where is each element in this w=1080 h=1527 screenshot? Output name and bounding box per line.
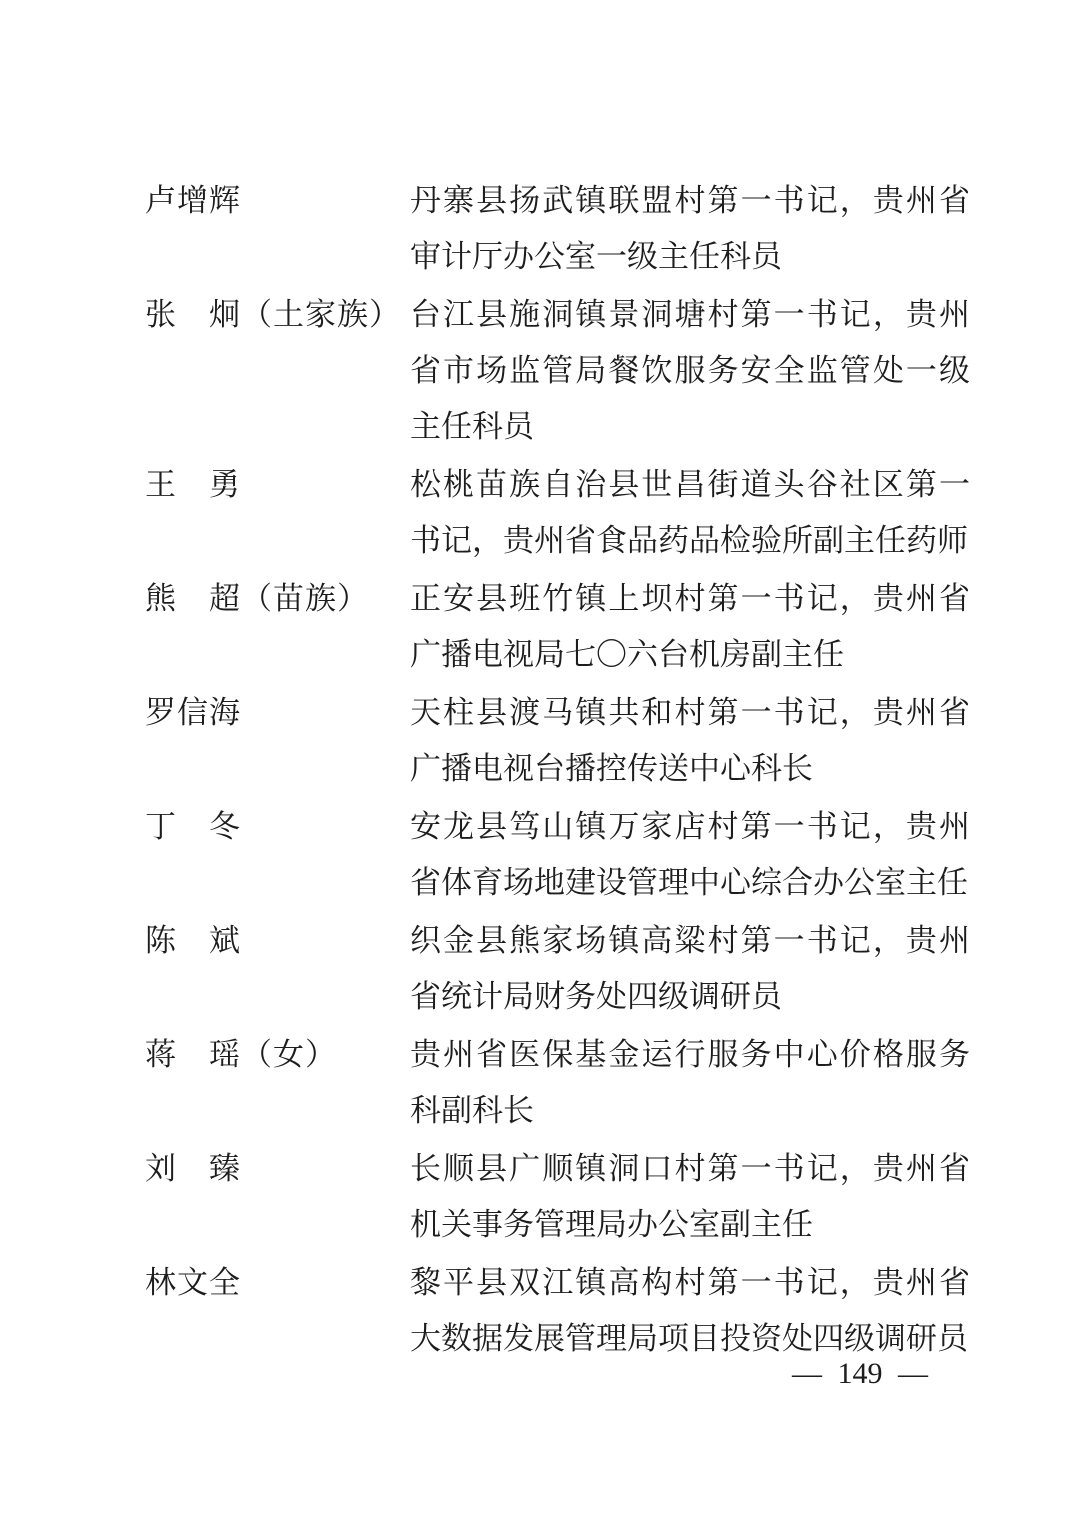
person-position: 松桃苗族自治县世昌街道头谷社区第一 书记，贵州省食品药品检验所副主任药师: [410, 457, 970, 569]
list-entry: 丁 冬 安龙县笃山镇万家店村第一书记，贵州 省体育场地建设管理中心综合办公室主任: [145, 799, 970, 911]
position-line: 丹寨县扬武镇联盟村第一书记，贵州省: [410, 173, 970, 229]
position-line: 省统计局财务处四级调研员: [410, 969, 970, 1025]
person-name: 刘 臻: [145, 1141, 410, 1197]
person-position: 台江县施洞镇景洞塘村第一书记，贵州 省市场监管局餐饮服务安全监管处一级 主任科员: [410, 287, 970, 455]
position-line: 台江县施洞镇景洞塘村第一书记，贵州: [410, 287, 970, 343]
person-name: 卢增辉: [145, 173, 410, 229]
list-entry: 林文全 黎平县双江镇高构村第一书记，贵州省 大数据发展管理局项目投资处四级调研员: [145, 1255, 970, 1367]
list-entry: 陈 斌 织金县熊家场镇高粱村第一书记，贵州 省统计局财务处四级调研员: [145, 913, 970, 1025]
person-position: 丹寨县扬武镇联盟村第一书记，贵州省 审计厅办公室一级主任科员: [410, 173, 970, 285]
person-position: 贵州省医保基金运行服务中心价格服务 科副科长: [410, 1027, 970, 1139]
person-name: 丁 冬: [145, 799, 410, 855]
person-name: 张 炯（土家族）: [145, 287, 410, 343]
position-line: 书记，贵州省食品药品检验所副主任药师: [410, 513, 970, 569]
position-line: 审计厅办公室一级主任科员: [410, 229, 970, 285]
list-entry: 罗信海 天柱县渡马镇共和村第一书记，贵州省 广播电视台播控传送中心科长: [145, 685, 970, 797]
position-line: 贵州省医保基金运行服务中心价格服务: [410, 1027, 970, 1083]
position-line: 省市场监管局餐饮服务安全监管处一级: [410, 343, 970, 399]
position-line: 正安县班竹镇上坝村第一书记，贵州省: [410, 571, 970, 627]
person-name: 林文全: [145, 1255, 410, 1311]
appointment-list: 卢增辉 丹寨县扬武镇联盟村第一书记，贵州省 审计厅办公室一级主任科员 张 炯（土…: [145, 173, 970, 1369]
position-line: 机关事务管理局办公室副主任: [410, 1197, 970, 1253]
list-entry: 熊 超（苗族） 正安县班竹镇上坝村第一书记，贵州省 广播电视局七〇六台机房副主任: [145, 571, 970, 683]
position-line: 黎平县双江镇高构村第一书记，贵州省: [410, 1255, 970, 1311]
list-entry: 王 勇 松桃苗族自治县世昌街道头谷社区第一 书记，贵州省食品药品检验所副主任药师: [145, 457, 970, 569]
list-entry: 刘 臻 长顺县广顺镇洞口村第一书记，贵州省 机关事务管理局办公室副主任: [145, 1141, 970, 1253]
position-line: 松桃苗族自治县世昌街道头谷社区第一: [410, 457, 970, 513]
position-line: 广播电视台播控传送中心科长: [410, 741, 970, 797]
person-name: 罗信海: [145, 685, 410, 741]
position-line: 主任科员: [410, 399, 970, 455]
person-position: 织金县熊家场镇高粱村第一书记，贵州 省统计局财务处四级调研员: [410, 913, 970, 1025]
list-entry: 张 炯（土家族） 台江县施洞镇景洞塘村第一书记，贵州 省市场监管局餐饮服务安全监…: [145, 287, 970, 455]
document-page: 卢增辉 丹寨县扬武镇联盟村第一书记，贵州省 审计厅办公室一级主任科员 张 炯（土…: [0, 0, 1080, 1527]
person-position: 长顺县广顺镇洞口村第一书记，贵州省 机关事务管理局办公室副主任: [410, 1141, 970, 1253]
position-line: 广播电视局七〇六台机房副主任: [410, 627, 970, 683]
position-line: 天柱县渡马镇共和村第一书记，贵州省: [410, 685, 970, 741]
person-position: 安龙县笃山镇万家店村第一书记，贵州 省体育场地建设管理中心综合办公室主任: [410, 799, 970, 911]
person-position: 黎平县双江镇高构村第一书记，贵州省 大数据发展管理局项目投资处四级调研员: [410, 1255, 970, 1367]
position-line: 安龙县笃山镇万家店村第一书记，贵州: [410, 799, 970, 855]
position-line: 省体育场地建设管理中心综合办公室主任: [410, 855, 970, 911]
person-position: 正安县班竹镇上坝村第一书记，贵州省 广播电视局七〇六台机房副主任: [410, 571, 970, 683]
person-position: 天柱县渡马镇共和村第一书记，贵州省 广播电视台播控传送中心科长: [410, 685, 970, 797]
person-name: 蒋 瑶（女）: [145, 1027, 410, 1083]
list-entry: 蒋 瑶（女） 贵州省医保基金运行服务中心价格服务 科副科长: [145, 1027, 970, 1139]
list-entry: 卢增辉 丹寨县扬武镇联盟村第一书记，贵州省 审计厅办公室一级主任科员: [145, 173, 970, 285]
page-number: — 149 —: [775, 1354, 945, 1394]
position-line: 长顺县广顺镇洞口村第一书记，贵州省: [410, 1141, 970, 1197]
position-line: 科副科长: [410, 1083, 970, 1139]
position-line: 织金县熊家场镇高粱村第一书记，贵州: [410, 913, 970, 969]
person-name: 熊 超（苗族）: [145, 571, 410, 627]
person-name: 陈 斌: [145, 913, 410, 969]
person-name: 王 勇: [145, 457, 410, 513]
